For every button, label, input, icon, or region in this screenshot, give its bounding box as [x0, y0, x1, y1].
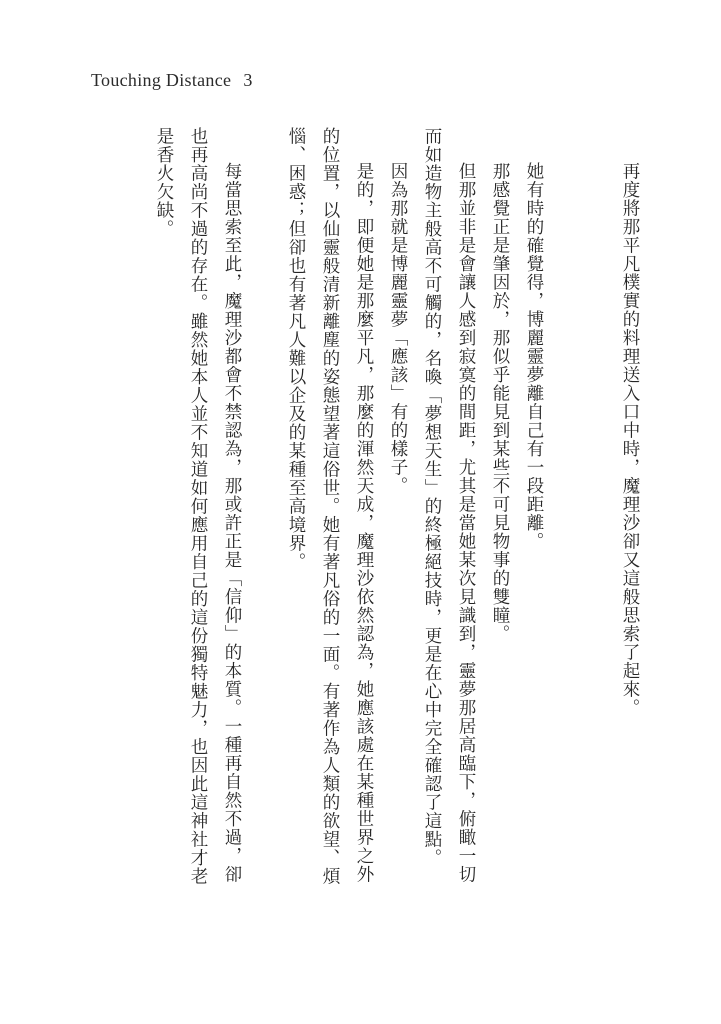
- paragraph: 那感覺正是肇因於，那似乎能見到某些不可見物事的雙瞳。: [484, 127, 518, 889]
- paragraph: 因為那就是博麗靈夢「應該」有的樣子。: [382, 127, 416, 889]
- paragraph: 她有時的確覺得，博麗靈夢離自己有一段距離。: [518, 127, 552, 889]
- book-page: Touching Distance3 再度將那平凡樸實的料理送入口中時，魔理沙卻…: [0, 0, 721, 1024]
- header-title: Touching Distance: [91, 70, 231, 90]
- page-number: 3: [243, 70, 252, 90]
- paragraph: 每當思索至此，魔理沙都會不禁認為，那或許正是「信仰」的本質。一種再自然不過，卻也…: [148, 127, 250, 889]
- vertical-text-block: 再度將那平凡樸實的料理送入口中時，魔理沙卻又這般思索了起來。 她有時的確覺得，博…: [108, 127, 648, 889]
- paragraph: 再度將那平凡樸實的料理送入口中時，魔理沙卻又這般思索了起來。: [614, 127, 648, 889]
- running-header: Touching Distance3: [91, 70, 253, 91]
- paragraph: 是的，即便她是那麼平凡，那麼的渾然天成，魔理沙依然認為，她應該處在某種世界之外的…: [280, 127, 382, 889]
- paragraph: 但那並非是會讓人感到寂寞的間距，尤其是當她某次見識到，靈夢那居高臨下，俯瞰一切而…: [416, 127, 484, 889]
